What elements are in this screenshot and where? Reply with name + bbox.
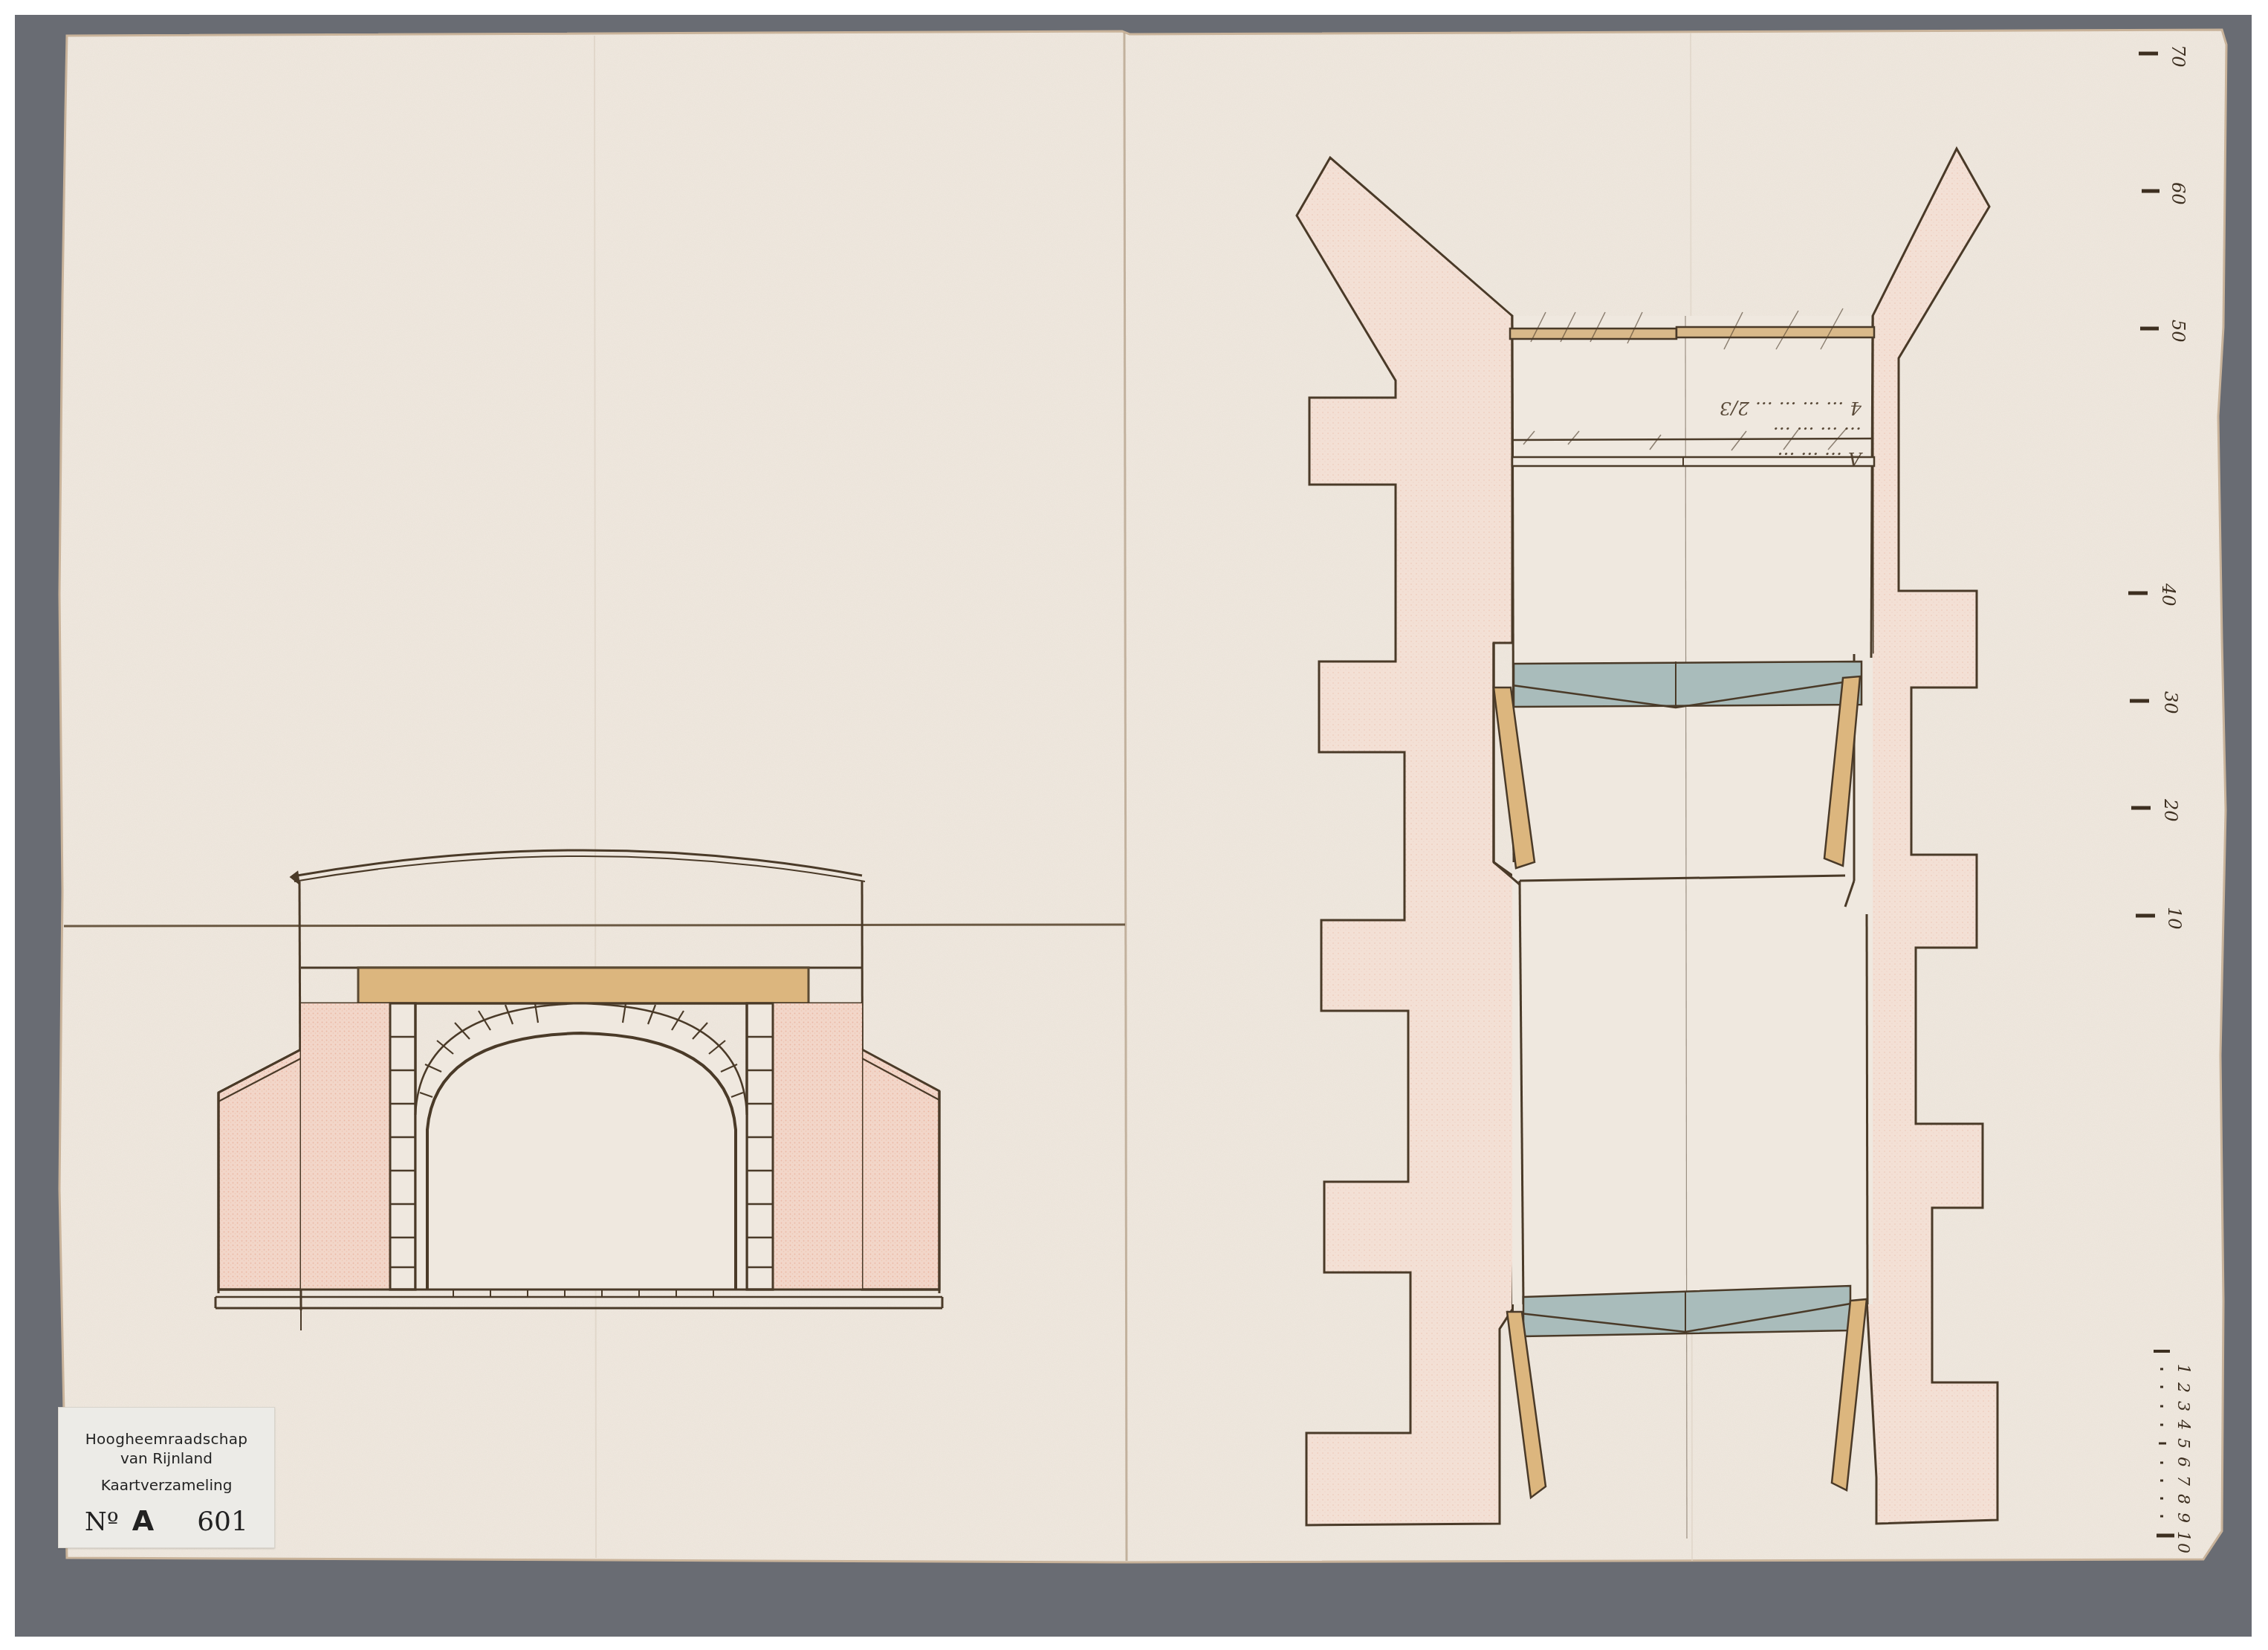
label-number: 601 [197, 1507, 248, 1537]
scale-label-30: 30 [2160, 691, 2181, 714]
annotation-line: A ... ... ... [1475, 446, 1862, 471]
drawing-sheet [0, 0, 2268, 1650]
annotation-line: 4 ... ... ... ... 2/3 [1475, 395, 1862, 421]
label-number-prefix: Nº [85, 1507, 119, 1537]
archive-catalogue-label: Hoogheemraadschap van Rijnland Kaartverz… [58, 1407, 275, 1548]
label-series: A [132, 1504, 154, 1537]
label-collection: Kaartverzameling [59, 1476, 274, 1494]
scale-label-40: 40 [2158, 583, 2179, 606]
ground-line [64, 925, 1125, 926]
scale-label-60: 60 [2168, 182, 2188, 205]
scale-fine-digits: 1 2 3 4 5 6 7 8 9 10 [2174, 1364, 2192, 1555]
label-institution: Hoogheemraadschap [59, 1430, 274, 1448]
annotation-line: ... ... ... ... [1475, 421, 1862, 446]
upper-gate-water-area [1514, 661, 1862, 707]
scale-label-20: 20 [2160, 799, 2181, 822]
scale-label-70: 70 [2168, 45, 2188, 68]
scale-label-50: 50 [2168, 320, 2188, 343]
label-catalogue-number: Nº A 601 [59, 1504, 274, 1537]
label-institution-region: van Rijnland [59, 1449, 274, 1467]
scale-label-10: 10 [2164, 907, 2185, 930]
handwritten-annotation: A ... ... ... ... ... ... ... 4 ... ... … [1475, 395, 1862, 471]
